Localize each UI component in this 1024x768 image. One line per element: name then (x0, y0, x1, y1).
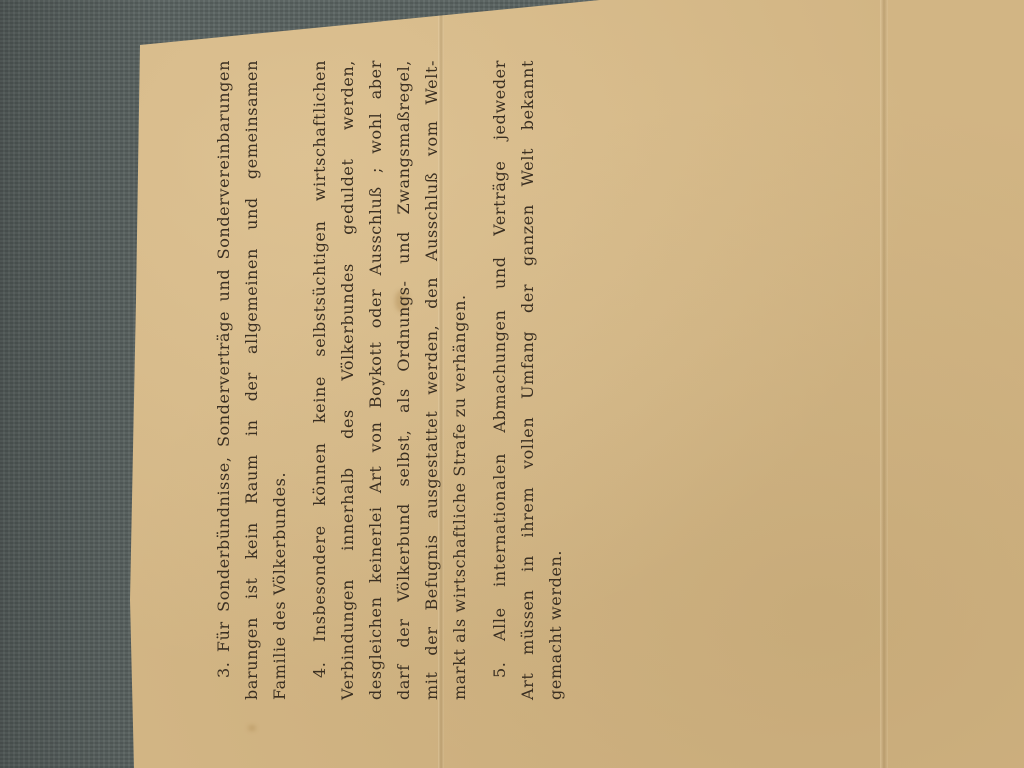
paragraph-5: 5. Alle internationalen Abmachungen und … (486, 60, 570, 700)
paragraph-4: 4. Insbesondere können keine selbstsücht… (306, 60, 474, 700)
text-line: 4. Insbesondere können keine selbstsücht… (306, 60, 334, 700)
text-line: barungen ist kein Raum in der allgemeine… (238, 60, 266, 700)
paper-sheet: 3. Für Sonderbündnisse, Sonderverträge u… (0, 0, 1024, 768)
document-text: 3. Für Sonderbündnisse, Sonderverträge u… (210, 60, 582, 700)
paragraph-3: 3. Für Sonderbündnisse, Sonderverträge u… (210, 60, 294, 700)
text-line: mit der Befugnis ausgestattet werden, de… (418, 60, 446, 700)
text-line: 5. Alle internationalen Abmachungen und … (486, 60, 514, 700)
text-line: Verbindungen innerhalb des Völkerbundes … (334, 60, 362, 700)
stain (248, 725, 256, 731)
fold-line (880, 0, 888, 768)
text-line: gemacht werden. (542, 60, 570, 700)
text-line: markt als wirtschaftliche Strafe zu verh… (446, 60, 474, 700)
text-line: darf der Völkerbund selbst, als Ordnungs… (390, 60, 418, 700)
text-line: Art müssen in ihrem vollen Umfang der ga… (514, 60, 542, 700)
text-line: Familie des Völkerbundes. (266, 60, 294, 700)
text-line: 3. Für Sonderbündnisse, Sonderverträge u… (210, 60, 238, 700)
text-line: desgleichen keinerlei Art von Boykott od… (362, 60, 390, 700)
